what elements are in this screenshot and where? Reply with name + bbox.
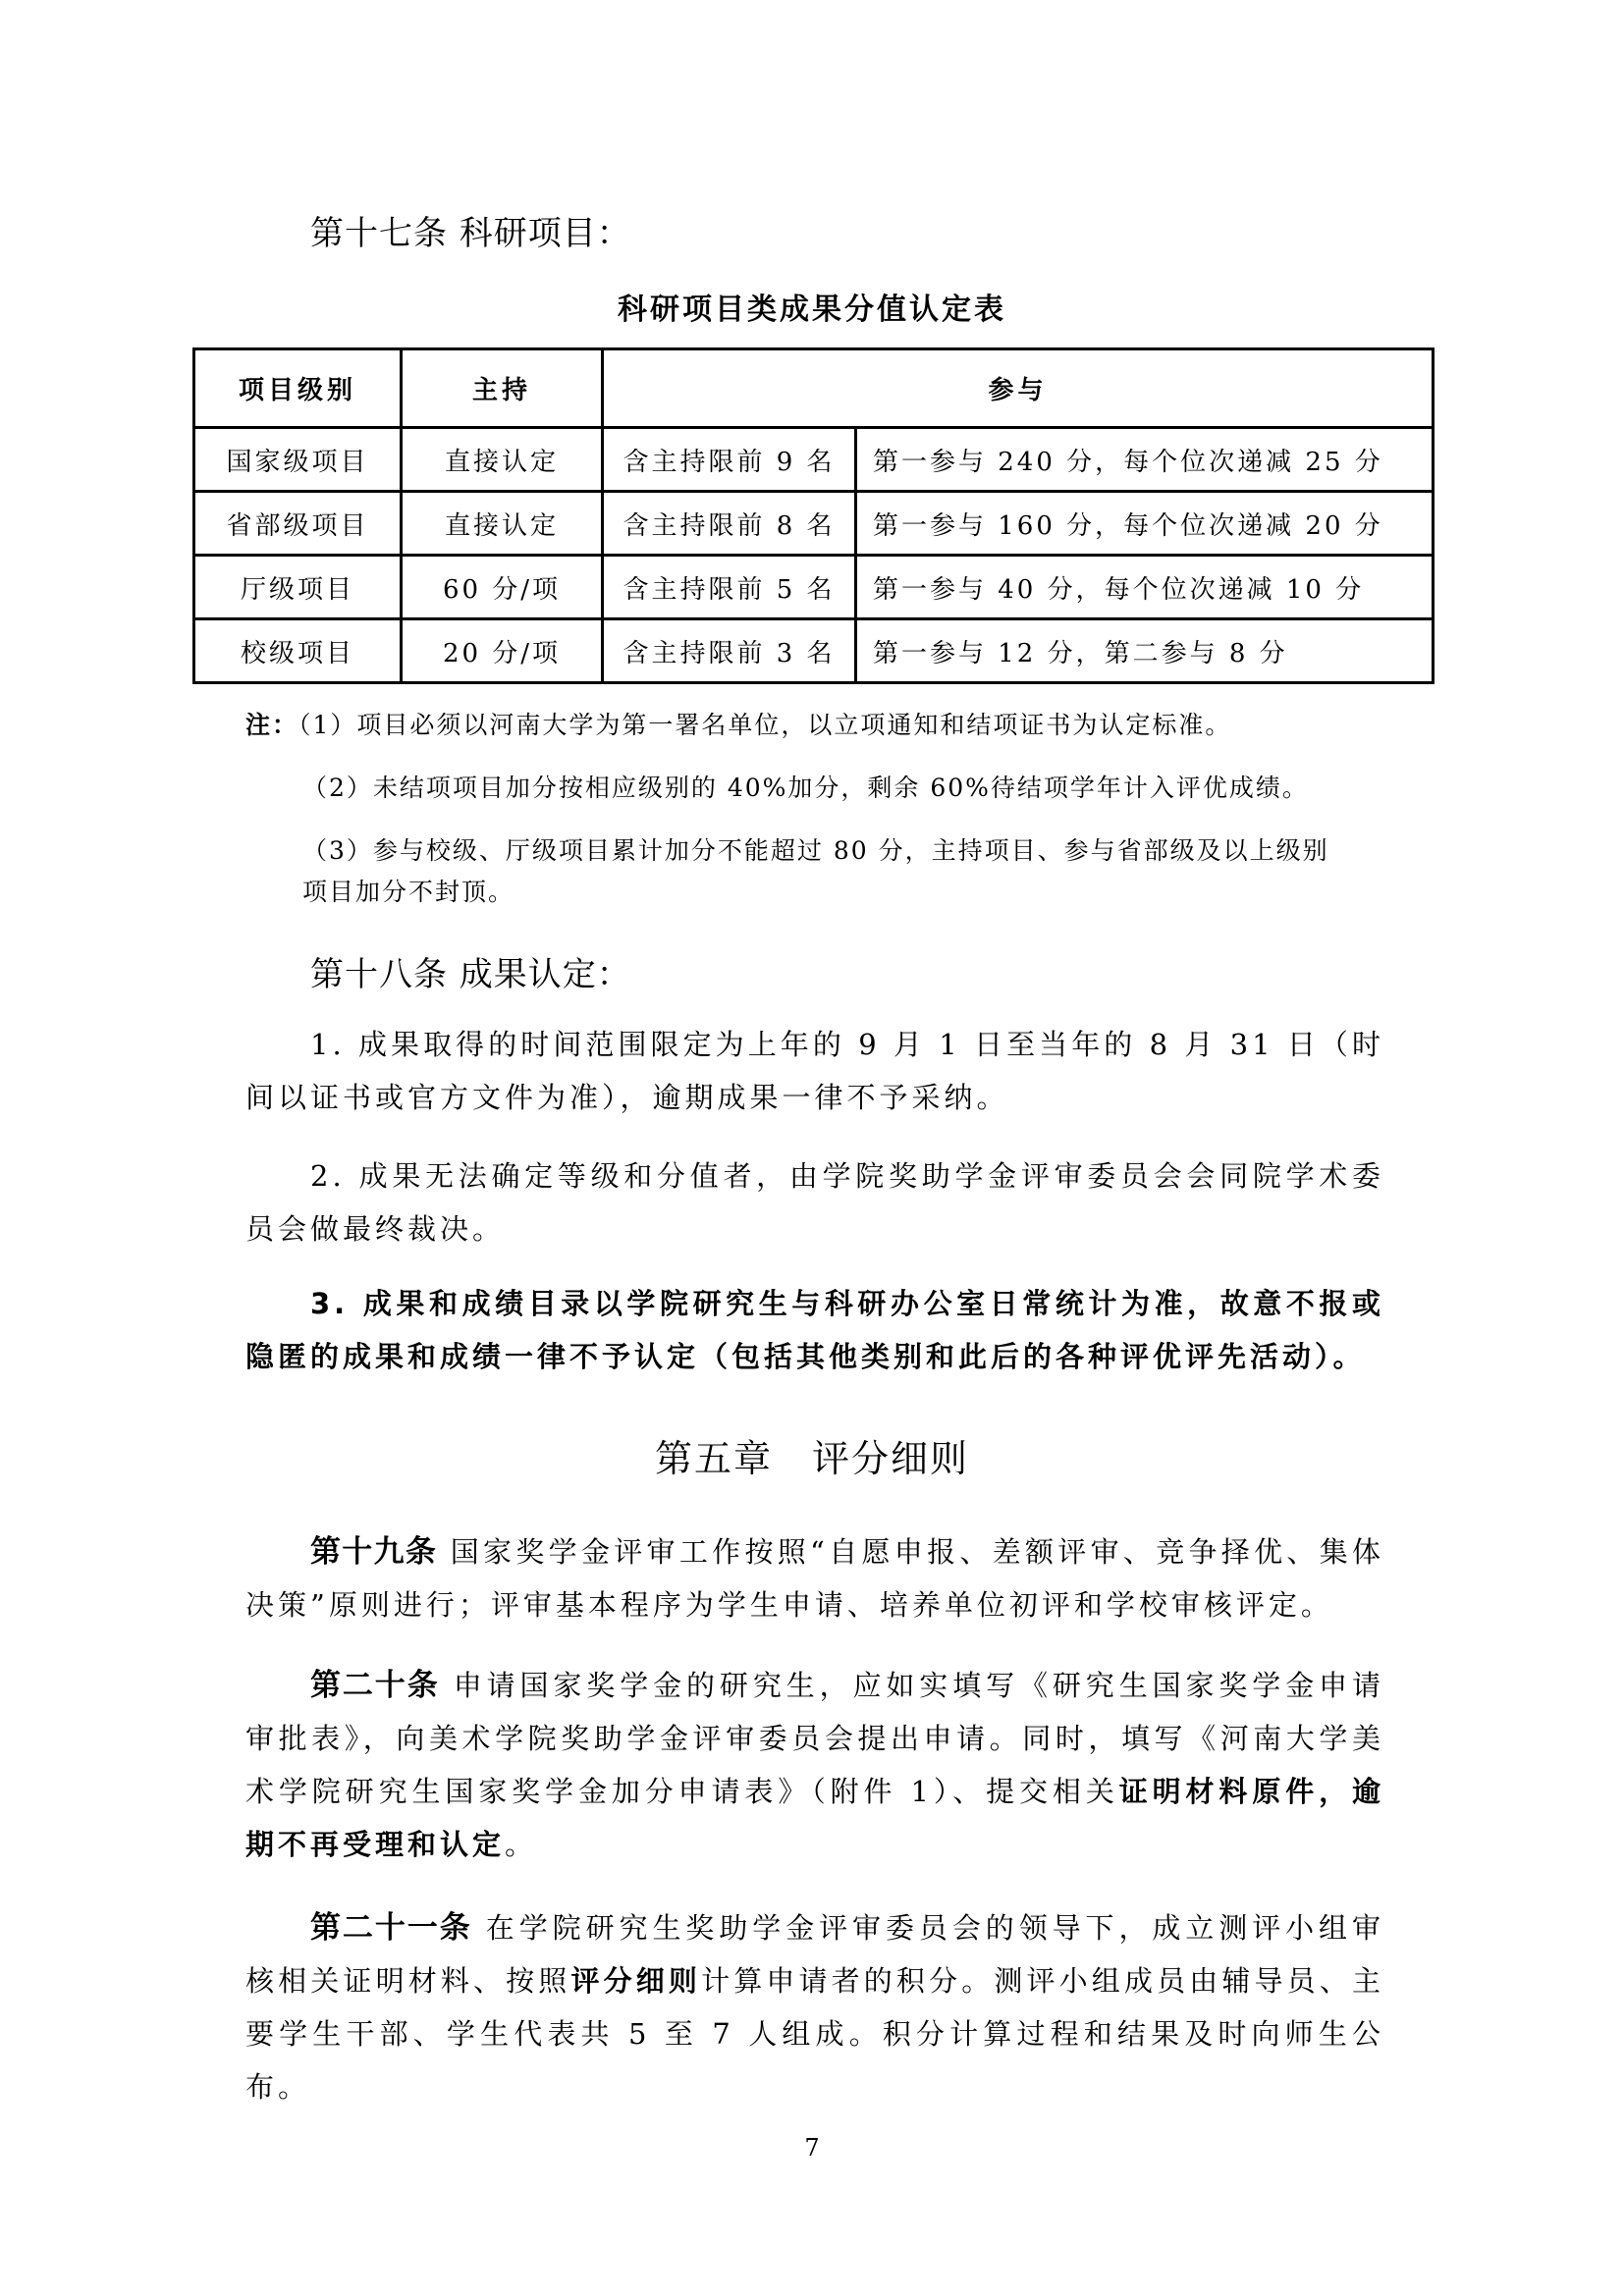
article-18-item-3: 3. 成果和成绩目录以学院研究生与科研办公室日常统计为准，故意不报或隐匿的成果和…: [245, 1277, 1384, 1383]
note-item: （1）项目必须以河南大学为第一署名单位，以立项通知和结项证书为认定标准。: [298, 711, 1231, 739]
note-item: （2）未结项项目加分按相应级别的 40%加分，剩余 60%待结项学年计入评优成绩…: [302, 768, 1309, 809]
table-row: 厅级项目 60 分/项 含主持限前 5 名 第一参与 40 分，每个位次递减 1…: [194, 556, 1434, 619]
article-18-heading: 第十八条 成果认定：: [310, 947, 631, 995]
cell-level: 国家级项目: [194, 428, 402, 492]
cell-level: 厅级项目: [194, 556, 402, 619]
cell-limit: 含主持限前 3 名: [603, 619, 856, 683]
page-number: 7: [0, 2134, 1624, 2162]
article-21: 第二十一条 在学院研究生奖助学金评审委员会的领导下，成立测评小组审核相关证明材料…: [245, 1901, 1384, 2113]
article-18-item-1: 1. 成果取得的时间范围限定为上年的 9 月 1 日至当年的 8 月 31 日（…: [245, 1018, 1384, 1124]
note-item: （3）参与校级、厅级项目累计加分不能超过 80 分，主持项目、参与省部级及以上级…: [302, 830, 1329, 872]
score-table: 项目级别 主持 参与 国家级项目 直接认定 含主持限前 9 名 第一参与 240…: [192, 347, 1435, 684]
table-header-row: 项目级别 主持 参与: [194, 349, 1434, 428]
cell-participate: 第一参与 240 分，每个位次递减 25 分: [856, 428, 1434, 492]
article-20-lead: 第二十条: [310, 1668, 440, 1703]
article-19-lead: 第十九条: [310, 1534, 437, 1570]
document-page: 第十七条 科研项目： 科研项目类成果分值认定表 项目级别 主持 参与 国家级项目…: [0, 0, 1624, 2296]
header-host: 主持: [402, 349, 603, 428]
article-20: 第二十条 申请国家奖学金的研究生，应如实填写《研究生国家奖学金申请审批表》，向美…: [245, 1659, 1384, 1871]
cell-limit: 含主持限前 5 名: [603, 556, 856, 619]
cell-host: 20 分/项: [402, 619, 603, 683]
cell-participate: 第一参与 12 分，第二参与 8 分: [856, 619, 1434, 683]
cell-limit: 含主持限前 9 名: [603, 428, 856, 492]
table-title: 科研项目类成果分值认定表: [0, 285, 1624, 328]
notes-label: 注：: [245, 711, 298, 739]
article-21-lead: 第二十一条: [310, 1910, 472, 1946]
table-row: 校级项目 20 分/项 含主持限前 3 名 第一参与 12 分，第二参与 8 分: [194, 619, 1434, 683]
cell-host: 直接认定: [402, 492, 603, 556]
table-row: 国家级项目 直接认定 含主持限前 9 名 第一参与 240 分，每个位次递减 2…: [194, 428, 1434, 492]
chapter-title: 第五章 评分细则: [0, 1428, 1624, 1482]
article-17-heading: 第十七条 科研项目：: [310, 206, 631, 254]
cell-host: 直接认定: [402, 428, 603, 492]
article-18-item-2: 2. 成果无法确定等级和分值者，由学院奖助学金评审委员会会同院学术委员会做最终裁…: [245, 1149, 1384, 1255]
article-20-end: 。: [505, 1828, 537, 1861]
cell-participate: 第一参与 40 分，每个位次递减 10 分: [856, 556, 1434, 619]
cell-level: 校级项目: [194, 619, 402, 683]
article-21-emphasis: 评分细则: [570, 1964, 701, 1998]
cell-participate: 第一参与 160 分，每个位次递减 20 分: [856, 492, 1434, 556]
header-level: 项目级别: [194, 349, 402, 428]
cell-limit: 含主持限前 8 名: [603, 492, 856, 556]
cell-level: 省部级项目: [194, 492, 402, 556]
table-row: 省部级项目 直接认定 含主持限前 8 名 第一参与 160 分，每个位次递减 2…: [194, 492, 1434, 556]
article-19: 第十九条 国家奖学金评审工作按照“自愿申报、差额评审、竞争择优、集体决策”原则进…: [245, 1525, 1384, 1631]
header-participate: 参与: [603, 349, 1434, 428]
note-item: 项目加分不封顶。: [302, 872, 514, 913]
cell-host: 60 分/项: [402, 556, 603, 619]
notes-block: 注：（1）项目必须以河南大学为第一署名单位，以立项通知和结项证书为认定标准。: [245, 705, 1231, 746]
